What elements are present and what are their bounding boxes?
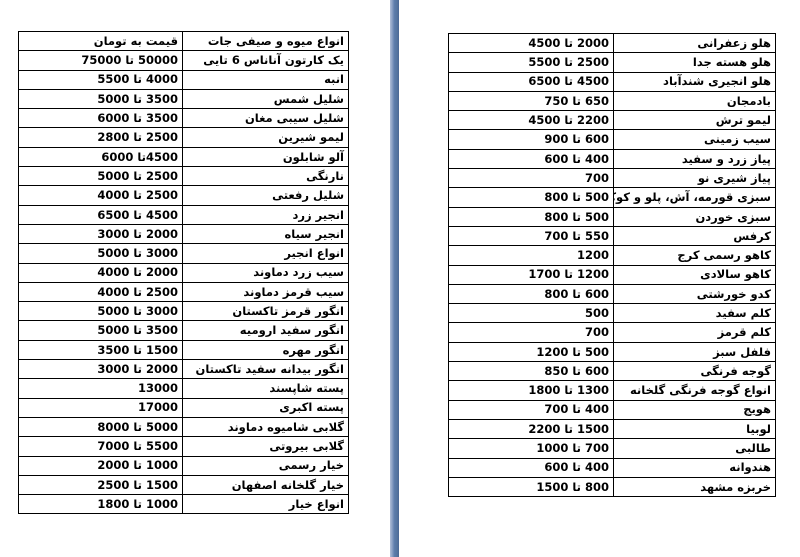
price-cell: 3000 تا 5000	[19, 244, 183, 263]
price-cell: 1500 تا 3500	[19, 340, 183, 359]
item-cell: لیمو ترش	[614, 111, 776, 130]
table-row: انگور بیدانه سفید تاکستان 2000 تا 3000	[19, 360, 349, 379]
price-cell: 1000 تا 2000	[19, 456, 183, 475]
price-cell: 2500 تا 5500	[449, 53, 614, 72]
price-cell: 1500 تا 2500	[19, 475, 183, 494]
price-cell: 500 تا 1200	[449, 342, 614, 361]
item-cell: آلو شابلون	[183, 147, 349, 166]
price-cell: 400 تا 600	[449, 458, 614, 477]
item-cell: انبه	[183, 70, 349, 89]
table-row: کلم سفید 500	[449, 304, 776, 323]
table-row: شلیل شمس 3500 تا 5000	[19, 89, 349, 108]
item-cell: نارنگی	[183, 167, 349, 186]
item-cell: کدو خورشتی	[614, 284, 776, 303]
table-row: سبزی خوردن 500 تا 800	[449, 207, 776, 226]
price-cell: 50000 تا 75000	[19, 51, 183, 70]
item-cell: پیاز شیری نو	[614, 169, 776, 188]
item-cell: شلیل سیبی مغان	[183, 109, 349, 128]
price-cell: 2000 تا 4000	[19, 263, 183, 282]
price-cell: 650 تا 750	[449, 91, 614, 110]
price-cell: 17000	[19, 398, 183, 417]
page-divider-bar	[390, 0, 399, 557]
item-cell: فلفل سبز	[614, 342, 776, 361]
table-row: انبه 4000 تا 5500	[19, 70, 349, 89]
price-cell: 1300 تا 1800	[449, 381, 614, 400]
table-row: سیب زرد دماوند 2000 تا 4000	[19, 263, 349, 282]
price-cell: 550 تا 700	[449, 226, 614, 245]
price-cell: 3000 تا 5000	[19, 302, 183, 321]
table-row: انجیر زرد 4500 تا 6500	[19, 205, 349, 224]
price-cell: 2000 تا 4500	[449, 34, 614, 53]
table-row: لیمو ترش 2200 تا 4500	[449, 111, 776, 130]
item-cell: کرفس	[614, 226, 776, 245]
price-cell: 1200 تا 1700	[449, 265, 614, 284]
item-cell: کاهو سالادی	[614, 265, 776, 284]
item-cell: گلابی شامیوه دماوند	[183, 417, 349, 436]
item-cell: لیمو شیرین	[183, 128, 349, 147]
price-cell: 600 تا 800	[449, 284, 614, 303]
item-cell: انواع گوجه فرنگی گلخانه	[614, 381, 776, 400]
price-cell: 700	[449, 323, 614, 342]
table-row: طالبی 700 تا 1000	[449, 439, 776, 458]
table-row: کرفس 550 تا 700	[449, 226, 776, 245]
table-row: پسته شاپسند 13000	[19, 379, 349, 398]
price-cell: 4500 تا 6500	[19, 205, 183, 224]
item-cell: انواع خیار	[183, 495, 349, 514]
item-column-header: انواع میوه و صیفی جات	[183, 32, 349, 51]
item-cell: خیار رسمی	[183, 456, 349, 475]
price-cell: 2500 تا 2800	[19, 128, 183, 147]
table-row: انگور قرمز تاکستان 3000 تا 5000	[19, 302, 349, 321]
price-cell: 800 تا 1500	[449, 477, 614, 496]
table-row: پیاز زرد و سفید 400 تا 600	[449, 149, 776, 168]
price-cell: 500 تا 800	[449, 188, 614, 207]
item-cell: گوجه فرنگی	[614, 362, 776, 381]
item-cell: انگور مهره	[183, 340, 349, 359]
price-cell: 700	[449, 169, 614, 188]
table-row: هلو زعفرانی 2000 تا 4500	[449, 34, 776, 53]
table-row: خیار گلخانه اصفهان 1500 تا 2500	[19, 475, 349, 494]
table-row: لوبیا 1500 تا 2200	[449, 419, 776, 438]
price-cell: 400 تا 700	[449, 400, 614, 419]
price-cell: 4500 تا 6500	[449, 72, 614, 91]
price-cell: 3500 تا 6000	[19, 109, 183, 128]
table-row: هویج 400 تا 700	[449, 400, 776, 419]
price-cell: 4500تا 6000	[19, 147, 183, 166]
item-cell: انجیر سیاه	[183, 224, 349, 243]
item-cell: پیاز زرد و سفید	[614, 149, 776, 168]
price-cell: 600 تا 900	[449, 130, 614, 149]
price-cell: 2000 تا 3000	[19, 360, 183, 379]
price-cell: 13000	[19, 379, 183, 398]
price-cell: 600 تا 850	[449, 362, 614, 381]
item-cell: طالبی	[614, 439, 776, 458]
item-cell: سیب قرمز دماوند	[183, 282, 349, 301]
table-row: فلفل سبز 500 تا 1200	[449, 342, 776, 361]
item-cell: کلم قرمز	[614, 323, 776, 342]
table-row: شلیل سیبی مغان 3500 تا 6000	[19, 109, 349, 128]
table-row: خیار رسمی 1000 تا 2000	[19, 456, 349, 475]
item-cell: انگور بیدانه سفید تاکستان	[183, 360, 349, 379]
table-row: انجیر سیاه 2000 تا 3000	[19, 224, 349, 243]
item-cell: هلو زعفرانی	[614, 34, 776, 53]
price-cell: 2500 تا 5000	[19, 167, 183, 186]
item-cell: کاهو رسمی کرج	[614, 246, 776, 265]
document-page: انواع میوه و صیفی جات قیمت به تومان یک ک…	[0, 0, 800, 557]
item-cell: شلیل رفعتی	[183, 186, 349, 205]
table-row: گلابی شامیوه دماوند 5000 تا 8000	[19, 417, 349, 436]
table-row: انگور سفید ارومیه 3500 تا 5000	[19, 321, 349, 340]
price-cell: 5500 تا 7000	[19, 437, 183, 456]
item-cell: سیب زرد دماوند	[183, 263, 349, 282]
item-cell: سیب زمینی	[614, 130, 776, 149]
price-cell: 700 تا 1000	[449, 439, 614, 458]
table-row: انواع خیار 1000 تا 1800	[19, 495, 349, 514]
item-cell: بادمجان	[614, 91, 776, 110]
table-row: هلو انجیری شندآباد 4500 تا 6500	[449, 72, 776, 91]
table-row: سیب زمینی 600 تا 900	[449, 130, 776, 149]
price-cell: 3500 تا 5000	[19, 89, 183, 108]
item-cell: لوبیا	[614, 419, 776, 438]
price-cell: 2000 تا 3000	[19, 224, 183, 243]
item-cell: انواع انجیر	[183, 244, 349, 263]
item-cell: خربزه مشهد	[614, 477, 776, 496]
price-cell: 4000 تا 5500	[19, 70, 183, 89]
table-row: کدو خورشتی 600 تا 800	[449, 284, 776, 303]
item-cell: پسته اکبری	[183, 398, 349, 417]
table-row: هلو هسته جدا 2500 تا 5500	[449, 53, 776, 72]
table-row: هندوانه 400 تا 600	[449, 458, 776, 477]
price-cell: 5000 تا 8000	[19, 417, 183, 436]
item-cell: هویج	[614, 400, 776, 419]
price-cell: 3500 تا 5000	[19, 321, 183, 340]
item-cell: خیار گلخانه اصفهان	[183, 475, 349, 494]
item-cell: پسته شاپسند	[183, 379, 349, 398]
table-row: خربزه مشهد 800 تا 1500	[449, 477, 776, 496]
table-row: کلم قرمز 700	[449, 323, 776, 342]
table-row: یک کارتون آناناس 6 تایی 50000 تا 75000	[19, 51, 349, 70]
table-row: گوجه فرنگی 600 تا 850	[449, 362, 776, 381]
price-cell: 2500 تا 4000	[19, 186, 183, 205]
table-row: آلو شابلون 4500تا 6000	[19, 147, 349, 166]
item-cell: شلیل شمس	[183, 89, 349, 108]
table-header-row: انواع میوه و صیفی جات قیمت به تومان	[19, 32, 349, 51]
item-cell: گلابی بیروتی	[183, 437, 349, 456]
table-row: سبزی قورمه، آش، پلو و کوکو 500 تا 800	[449, 188, 776, 207]
item-cell: انگور قرمز تاکستان	[183, 302, 349, 321]
price-cell: 400 تا 600	[449, 149, 614, 168]
price-cell: 2200 تا 4500	[449, 111, 614, 130]
table-row: سیب قرمز دماوند 2500 تا 4000	[19, 282, 349, 301]
item-cell: سبزی خوردن	[614, 207, 776, 226]
item-cell: کلم سفید	[614, 304, 776, 323]
table-row: نارنگی 2500 تا 5000	[19, 167, 349, 186]
price-cell: 500	[449, 304, 614, 323]
table-row: انواع گوجه فرنگی گلخانه 1300 تا 1800	[449, 381, 776, 400]
table-row: شلیل رفعتی 2500 تا 4000	[19, 186, 349, 205]
price-cell: 1200	[449, 246, 614, 265]
item-cell: هلو هسته جدا	[614, 53, 776, 72]
table-row: انواع انجیر 3000 تا 5000	[19, 244, 349, 263]
price-cell: 500 تا 800	[449, 207, 614, 226]
item-cell: هندوانه	[614, 458, 776, 477]
price-cell: 1500 تا 2200	[449, 419, 614, 438]
price-cell: 2500 تا 4000	[19, 282, 183, 301]
price-cell: 1000 تا 1800	[19, 495, 183, 514]
item-cell: سبزی قورمه، آش، پلو و کوکو	[614, 188, 776, 207]
table-row: پیاز شیری نو 700	[449, 169, 776, 188]
item-cell: هلو انجیری شندآباد	[614, 72, 776, 91]
item-cell: انجیر زرد	[183, 205, 349, 224]
table-row: کاهو رسمی کرج 1200	[449, 246, 776, 265]
table-row: لیمو شیرین 2500 تا 2800	[19, 128, 349, 147]
table-row: پسته اکبری 17000	[19, 398, 349, 417]
fruit-price-table-right: هلو زعفرانی 2000 تا 4500 هلو هسته جدا 25…	[448, 33, 776, 497]
item-cell: انگور سفید ارومیه	[183, 321, 349, 340]
table-row: کاهو سالادی 1200 تا 1700	[449, 265, 776, 284]
table-row: گلابی بیروتی 5500 تا 7000	[19, 437, 349, 456]
item-cell: یک کارتون آناناس 6 تایی	[183, 51, 349, 70]
price-column-header: قیمت به تومان	[19, 32, 183, 51]
fruit-price-table-left: انواع میوه و صیفی جات قیمت به تومان یک ک…	[18, 31, 349, 514]
table-row: بادمجان 650 تا 750	[449, 91, 776, 110]
table-row: انگور مهره 1500 تا 3500	[19, 340, 349, 359]
